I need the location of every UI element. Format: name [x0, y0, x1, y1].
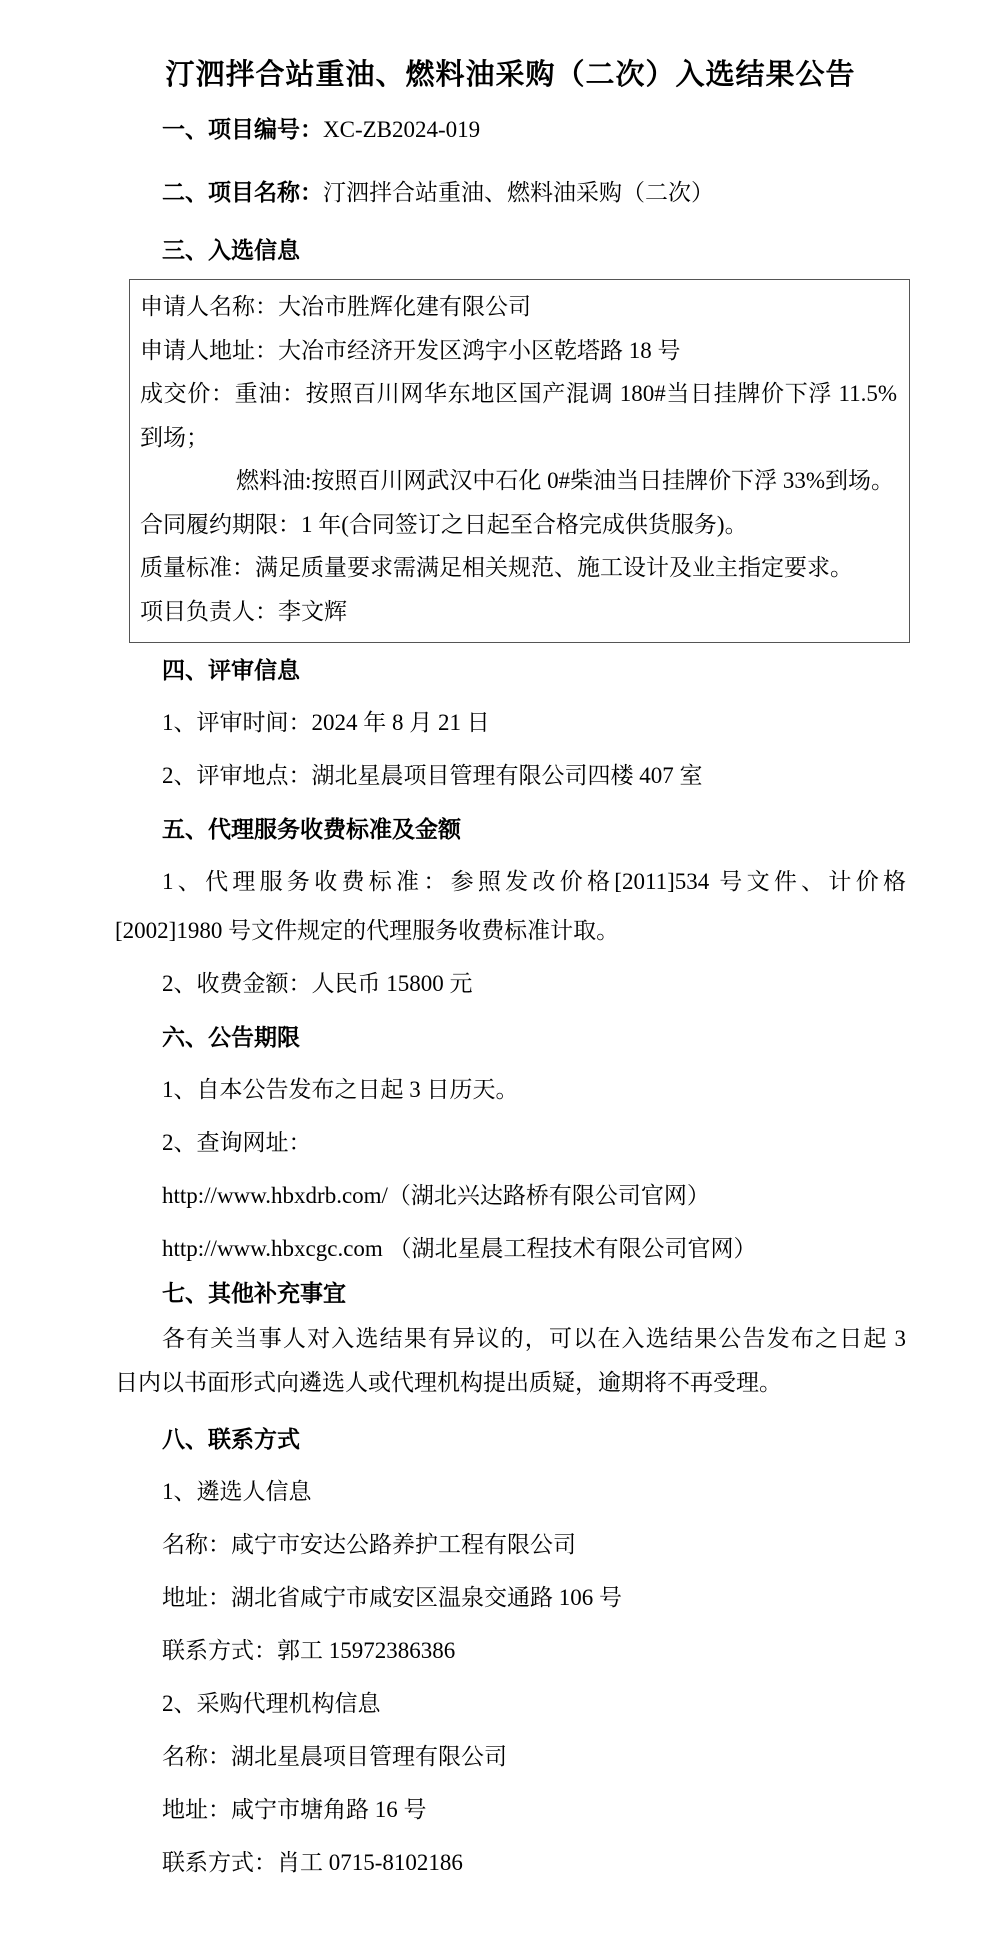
review-time-line: 1、评审时间：2024 年 8 月 21 日 — [115, 708, 906, 738]
selector-name-line: 名称：咸宁市安达公路养护工程有限公司 — [115, 1530, 906, 1560]
agency-address-line: 地址：咸宁市塘角路 16 号 — [115, 1795, 906, 1825]
project-name-line: 二、项目名称：汀泗拌合站重油、燃料油采购（二次） — [115, 177, 906, 208]
query-url-hbxcgc: http://www.hbxcgc.com （湖北星晨工程技术有限公司官网） — [115, 1234, 906, 1264]
quality-standard-row: 质量标准：满足质量要求需满足相关规范、施工设计及业主指定要求。 — [140, 546, 897, 590]
project-number-line: 一、项目编号：XC-ZB2024-019 — [115, 114, 906, 145]
deal-price-heavy-oil-continuation: 到场； — [140, 416, 897, 460]
query-url-hbxdrb: http://www.hbxdrb.com/（湖北兴达路桥有限公司官网） — [115, 1181, 906, 1211]
contract-term-row: 合同履约期限：1 年(合同签订之日起至合格完成供货服务)。 — [140, 503, 897, 547]
applicant-address-row: 申请人地址：大冶市经济开发区鸿宇小区乾塔路 18 号 — [140, 329, 897, 373]
query-url-label-line: 2、查询网址： — [115, 1128, 906, 1158]
project-name-value: 汀泗拌合站重油、燃料油采购（二次） — [323, 180, 714, 205]
selector-info-heading: 1、遴选人信息 — [115, 1477, 906, 1507]
section-heading-contacts: 八、联系方式 — [115, 1424, 906, 1454]
section-heading-selection: 三、入选信息 — [115, 235, 906, 265]
deal-price-fuel-oil-row: 燃料油:按照百川网武汉中石化 0#柴油当日挂牌价下浮 33%到场。 — [140, 459, 897, 503]
project-number-label: 一、项目编号： — [162, 116, 323, 142]
page-title: 汀泗拌合站重油、燃料油采购（二次）入选结果公告 — [115, 57, 906, 93]
document-page: 汀泗拌合站重油、燃料油采购（二次）入选结果公告 一、项目编号：XC-ZB2024… — [0, 0, 1000, 1941]
project-name-label: 二、项目名称： — [162, 179, 323, 205]
section-heading-agency-fee: 五、代理服务收费标准及金额 — [115, 814, 906, 844]
notice-duration-line: 1、自本公告发布之日起 3 日历天。 — [115, 1075, 906, 1105]
agency-name-line: 名称：湖北星晨项目管理有限公司 — [115, 1742, 906, 1772]
applicant-name-row: 申请人名称：大冶市胜辉化建有限公司 — [140, 285, 897, 329]
section-heading-supplement: 七、其他补充事宜 — [115, 1278, 906, 1308]
project-number-value: XC-ZB2024-019 — [323, 117, 480, 142]
agency-fee-amount-line: 2、收费金额：人民币 15800 元 — [115, 969, 906, 999]
selection-info-box: 申请人名称：大冶市胜辉化建有限公司 申请人地址：大冶市经济开发区鸿宇小区乾塔路 … — [129, 279, 910, 643]
agency-fee-standard-continuation: [2002]1980 号文件规定的代理服务收费标准计取。 — [115, 916, 906, 946]
agency-fee-standard-line: 1、代理服务收费标准：参照发改价格[2011]534 号文件、计价格 — [115, 867, 906, 897]
selector-address-line: 地址：湖北省咸宁市咸安区温泉交通路 106 号 — [115, 1583, 906, 1613]
section-heading-review: 四、评审信息 — [115, 655, 906, 685]
project-manager-row: 项目负责人：李文辉 — [140, 590, 897, 634]
section-heading-notice-period: 六、公告期限 — [115, 1022, 906, 1052]
agency-contact-line: 联系方式：肖工 0715-8102186 — [115, 1848, 906, 1878]
selector-contact-line: 联系方式：郭工 15972386386 — [115, 1636, 906, 1666]
supplement-text-line2: 日内以书面形式向遴选人或代理机构提出质疑，逾期将不再受理。 — [115, 1368, 906, 1398]
deal-price-heavy-oil-row: 成交价：重油：按照百川网华东地区国产混调 180#当日挂牌价下浮 11.5% — [140, 372, 897, 416]
agency-info-heading: 2、采购代理机构信息 — [115, 1689, 906, 1719]
supplement-text-line1: 各有关当事人对入选结果有异议的，可以在入选结果公告发布之日起 3 — [115, 1324, 906, 1354]
review-place-line: 2、评审地点：湖北星晨项目管理有限公司四楼 407 室 — [115, 761, 906, 791]
